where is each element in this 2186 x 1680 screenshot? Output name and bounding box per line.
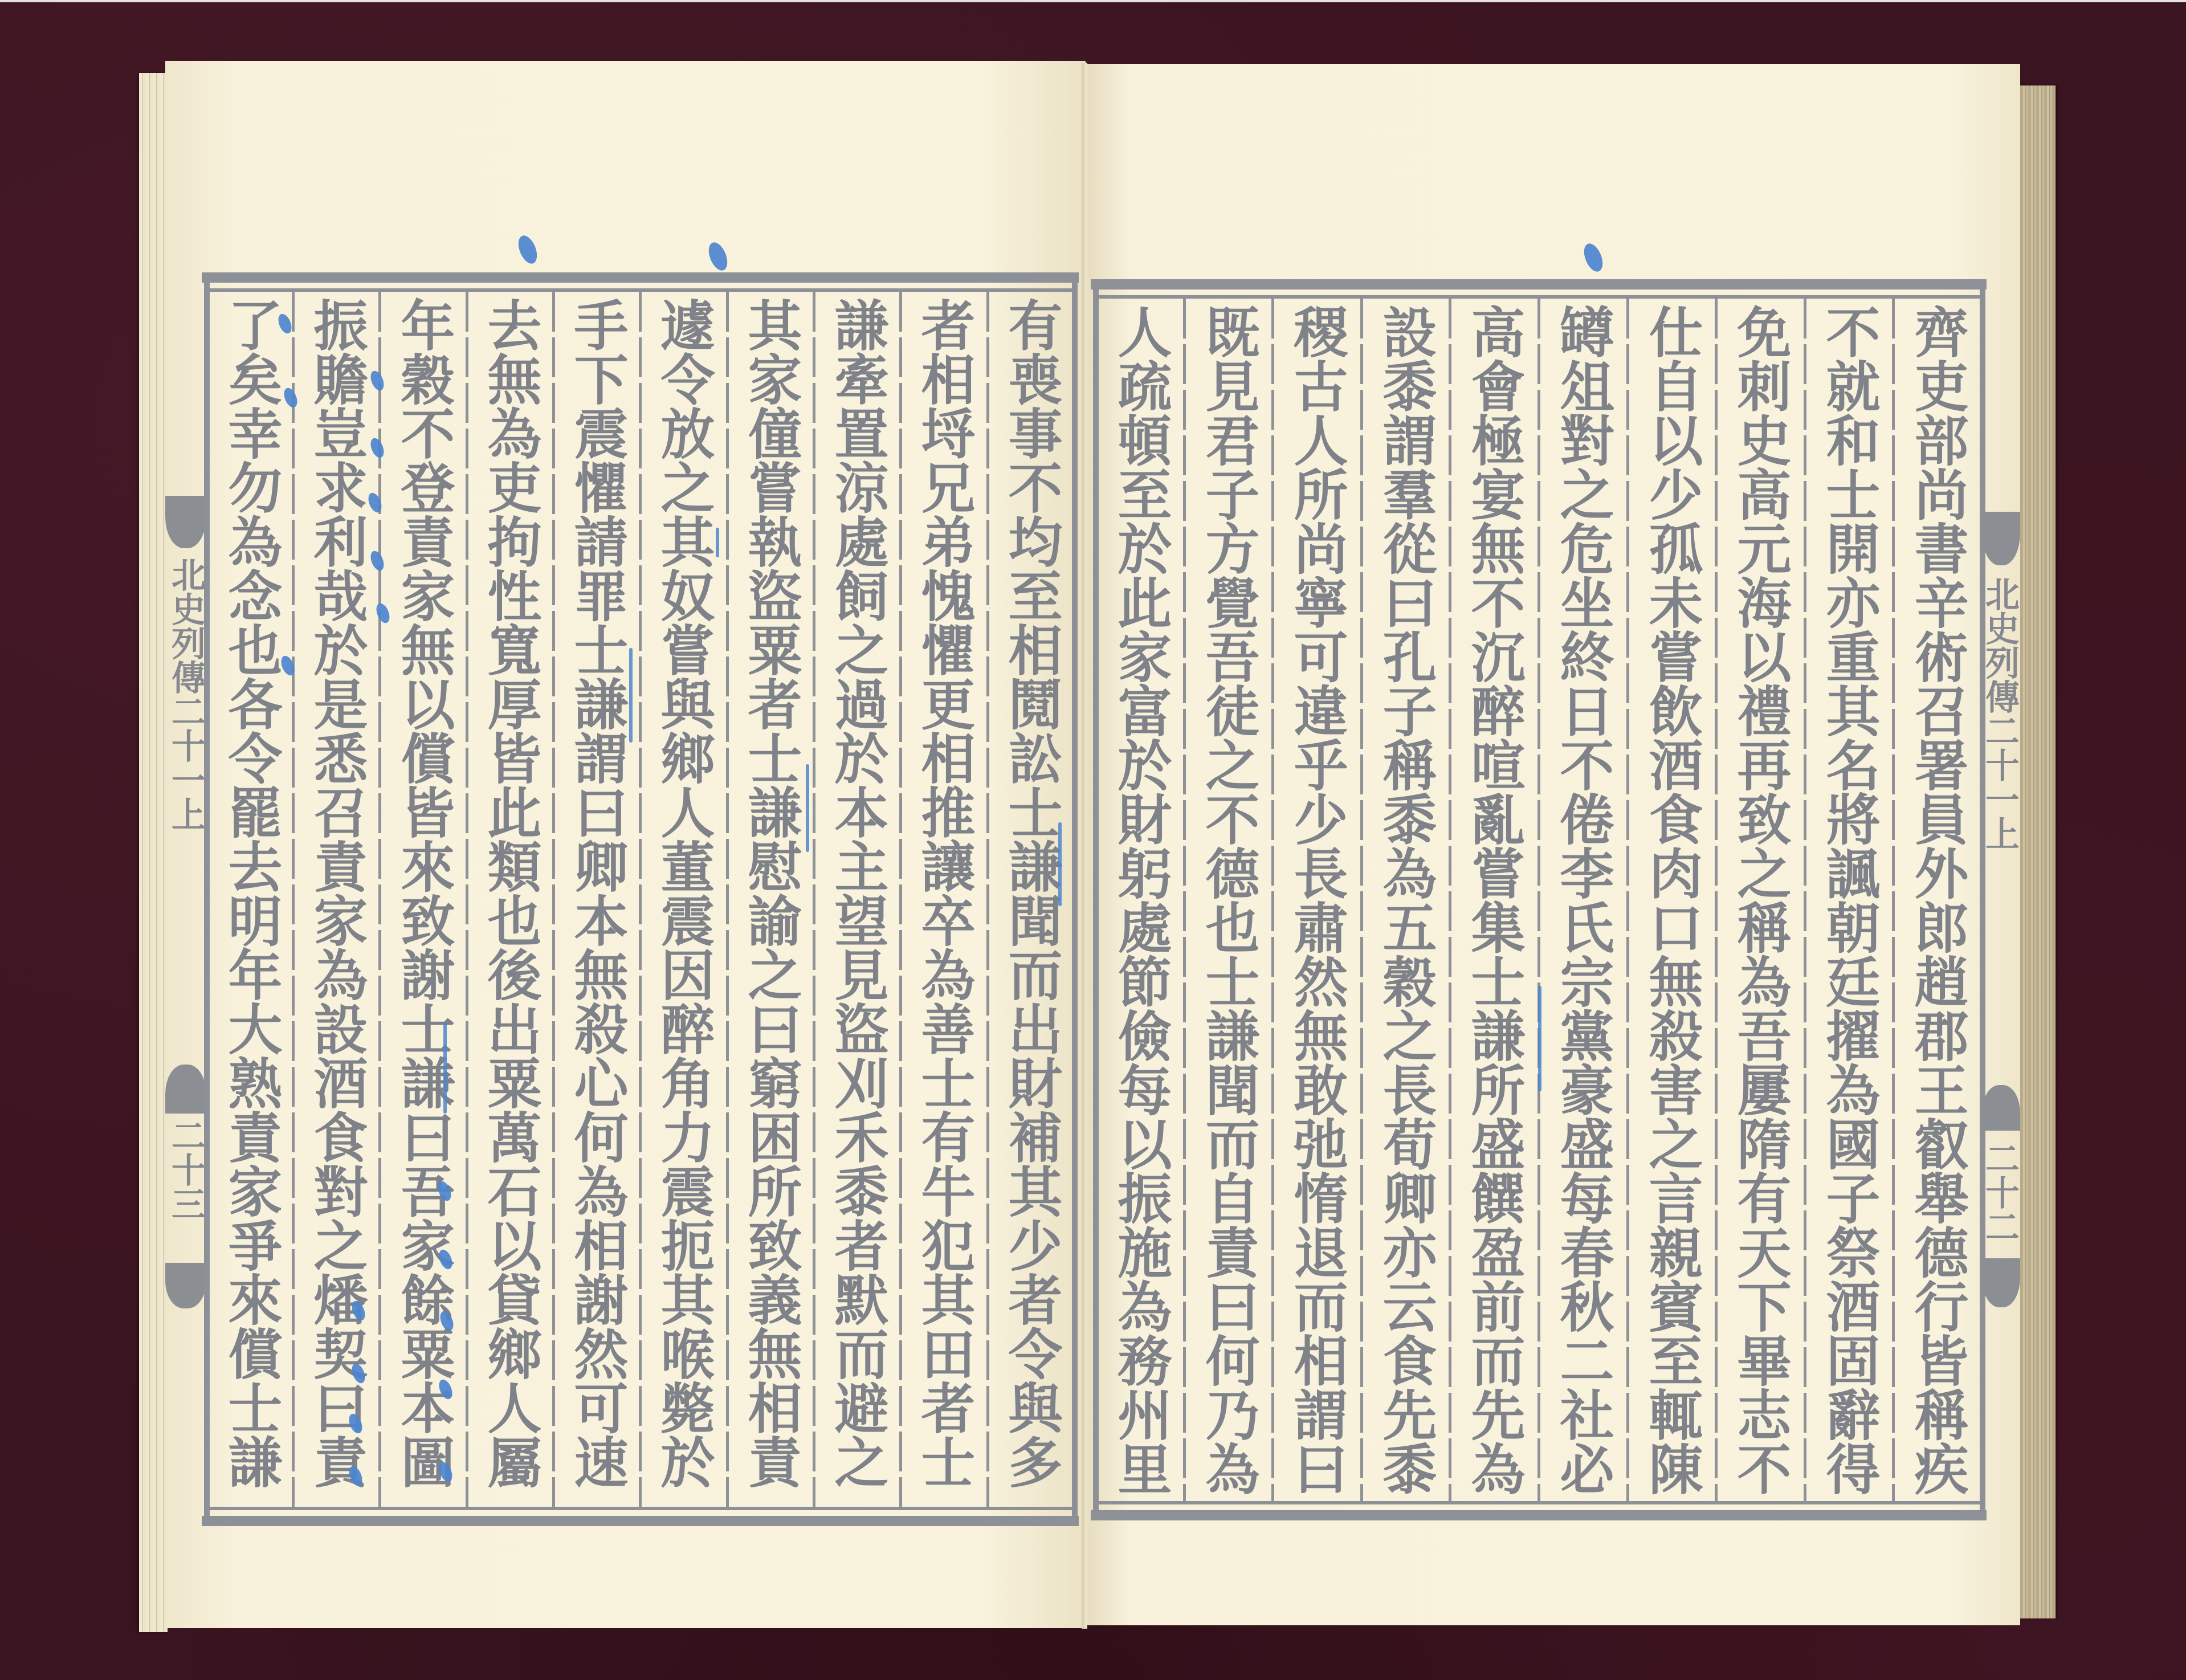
annotation-line (1058, 822, 1062, 906)
annotation-line (1538, 986, 1541, 1091)
fish-tail-icon (1982, 512, 2020, 565)
page-stack-right (2020, 85, 2056, 1618)
text-column: 謙牽置涼處飼之過於本主望見盜刈禾黍者默而避之 (814, 297, 900, 1500)
text-column: 高會極宴無不沉醉喧亂嘗集士謙所盛饌盈前而先為 (1450, 304, 1538, 1507)
text-column: 手下震懼請罪士謙謂曰卿本無殺心何為相謝然可速 (553, 297, 640, 1500)
text-column: 人疏頓至於此家富於財躬處節儉每以振施為務州里 (1096, 304, 1185, 1507)
fish-tail-icon (1982, 1085, 2020, 1131)
fish-tail-icon (165, 1263, 206, 1308)
leaf-number: 二十三 (170, 1118, 206, 1221)
page-stack-left (139, 73, 168, 1632)
text-column: 振贍豈求利哉於是悉召責家為設酒食對之燔契曰責 (293, 297, 380, 1500)
margin-title: 北史列傳二十一上 (170, 557, 206, 831)
right-fold-margin: 北史列傳二十一上 二十二 (1982, 279, 2020, 1520)
fish-tail-icon (165, 496, 206, 548)
leaf-number: 二十二 (1982, 1141, 2020, 1243)
annotation-line (629, 648, 633, 743)
annotation-line (716, 528, 719, 557)
text-column: 年穀不登責家無以償皆來致謝士謙曰吾家餘粟本圖 (380, 297, 467, 1500)
text-column: 設黍謂羣從曰孔子稱黍為五穀之長荀卿亦云食先黍 (1361, 304, 1450, 1507)
right-text-frame: 齊吏部尚書辛術召署員外郎趙郡王叡舉德行皆稱疾 不就和士開亦重其名將諷朝廷擢為國子… (1095, 279, 1982, 1520)
annotation-line (443, 1022, 447, 1114)
fish-tail-icon (1982, 1258, 2020, 1307)
text-column: 了矣幸勿為念也各令罷去明年大熟責家爭來償士謙 (207, 297, 294, 1500)
text-column: 仕自以少孤未嘗飲酒食肉口無殺害之言親賓至輒陳 (1628, 304, 1716, 1507)
frame-bottom-inner-rule (206, 1507, 1074, 1510)
text-column: 免刺史高元海以禮再致之稱為吾屢隋有天下畢志不 (1716, 304, 1804, 1507)
text-column: 罇俎對之危坐終日不倦李氏宗黨豪盛每春秋二社必 (1539, 304, 1627, 1507)
scan-edge (0, 0, 2186, 2)
text-column: 遽令放之其奴嘗與鄉人董震因醉角力震扼其喉斃於 (640, 297, 727, 1500)
annotation-line (806, 764, 809, 852)
text-column: 不就和士開亦重其名將諷朝廷擢為國子祭酒固辭得 (1805, 304, 1893, 1507)
frame-bottom-rule (202, 1516, 1079, 1526)
frame-bottom-rule (1091, 1510, 1987, 1520)
fish-tail-icon (165, 1065, 206, 1114)
margin-title: 北史列傳二十一上 (1982, 577, 2020, 850)
frame-top-rule (1091, 279, 1987, 289)
text-column: 既見君子方覺吾徒之不德也士謙聞而自責曰何乃為 (1184, 304, 1273, 1507)
text-column: 去無為吏拘性寬厚皆此類也後出粟萬石以貸鄉人屬 (467, 297, 553, 1500)
left-fold-margin: 北史列傳二十一上 二十三 (165, 272, 206, 1526)
text-column: 稷古人所尚寧可違乎少長肅然無敢弛惰退而相謂曰 (1273, 304, 1361, 1507)
left-text-frame: 有喪事不均至相鬩訟士謙聞而出財補其少者令與多 者相埒兄弟愧懼更相推讓卒為善士有牛… (206, 272, 1074, 1526)
text-column: 其家僮嘗執盜粟者士謙慰諭之曰窮困所致義無相責 (727, 297, 814, 1500)
text-column: 者相埒兄弟愧懼更相推讓卒為善士有牛犯其田者士 (900, 297, 987, 1500)
frame-top-rule (202, 272, 1079, 283)
book-gutter (1082, 63, 1087, 1629)
text-column: 齊吏部尚書辛術召署員外郎趙郡王叡舉德行皆稱疾 (1893, 304, 1981, 1507)
